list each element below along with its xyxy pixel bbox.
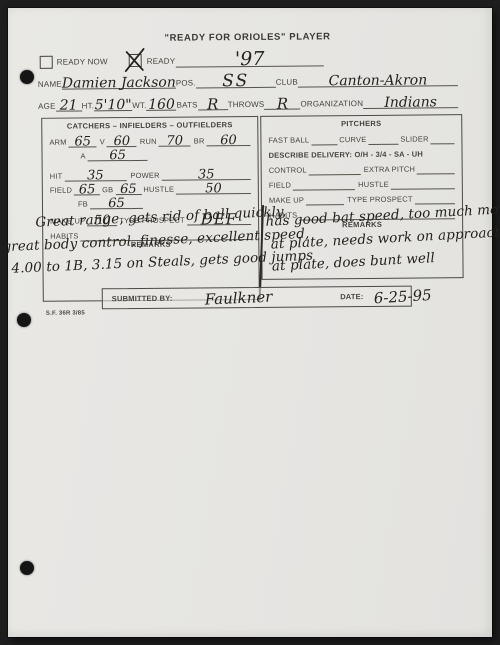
pitcher-field-value-line — [293, 176, 355, 191]
name-row: NAME Damien Jackson POS. SS CLUB Canton-… — [38, 68, 458, 90]
v-label: V — [100, 137, 105, 147]
v-value-line: 60 — [107, 133, 137, 147]
fielders-box-title: CATCHERS – INFIELDERS – OUTFIELDERS — [42, 120, 257, 131]
gb-label: GB — [102, 185, 113, 195]
hustle-value: 50 — [205, 184, 222, 193]
ready-year-line: '97 — [176, 43, 324, 67]
a-label: A — [81, 151, 86, 161]
ready-year-value: '97 — [235, 53, 265, 66]
pitchers-box-title: PITCHERS — [261, 118, 461, 129]
name-value: Damien Jackson — [62, 78, 176, 89]
organization-value: Indians — [384, 97, 437, 107]
a-value: 65 — [109, 151, 126, 160]
pitchers-row-control: CONTROL EXTRA PITCH — [269, 161, 455, 176]
date-value: 6-25-95 — [373, 285, 432, 306]
date-label: DATE: — [340, 292, 363, 301]
age-value: 21 — [60, 100, 78, 110]
weight-label: WT. — [132, 101, 146, 111]
run-value-line: 70 — [159, 133, 191, 147]
club-value: Canton-Akron — [329, 75, 428, 86]
organization-value-line: Indians — [363, 89, 458, 109]
fielders-row-arm: ARM 65 V 60 RUN 70 BR 60 — [49, 133, 250, 148]
pitcher-field-label: FIELD — [269, 181, 291, 191]
br-label: BR — [194, 136, 205, 146]
age-row: AGE 21 HT. 5'10" WT. 160 BATS R THROWS R… — [38, 90, 458, 112]
bats-value: R — [207, 99, 218, 109]
hit-value-line: 35 — [64, 167, 126, 182]
ready-now-checkbox — [40, 56, 53, 69]
power-label: POWER — [130, 171, 159, 181]
age-value-line: 21 — [55, 92, 81, 111]
fastball-value-line — [311, 131, 337, 145]
name-value-line: Damien Jackson — [62, 70, 176, 90]
fielders-row-field: FIELD 65 GB 65 HUSTLE 50 — [50, 181, 251, 196]
hole-punch-middle — [17, 313, 31, 327]
height-label: HT. — [82, 101, 95, 111]
extra-pitch-value-line — [417, 160, 455, 174]
field-value: 65 — [79, 185, 96, 194]
organization-label: ORGANIZATION — [300, 99, 363, 110]
pos-label: POS. — [176, 78, 196, 88]
form-content: "READY FOR ORIOLES" PLAYER READY NOW REA… — [5, 6, 494, 639]
pitcher-makeup-value-line — [306, 191, 344, 205]
scouting-form-page: "READY FOR ORIOLES" PLAYER READY NOW REA… — [8, 8, 492, 637]
extra-pitch-label: EXTRA PITCH — [364, 165, 415, 175]
weight-value: 160 — [148, 100, 175, 110]
pitchers-row-fastball: FAST BALL CURVE SLIDER — [268, 131, 454, 146]
run-label: RUN — [140, 137, 157, 147]
pitchers-remarks-handwriting: has good bat speed, too much movement at… — [265, 199, 498, 278]
form-title: "READY FOR ORIOLES" PLAYER — [5, 30, 489, 45]
delivery-label: DESCRIBE DELIVERY: O/H - 3/4 - SA - UH — [269, 149, 424, 160]
run-value: 70 — [166, 137, 183, 146]
slider-label: SLIDER — [400, 134, 428, 144]
field-value-line: 65 — [74, 181, 100, 195]
pos-value-line: SS — [196, 69, 276, 89]
submitted-by-label: SUBMITTED BY: — [112, 294, 173, 304]
pitchers-row-delivery: DESCRIBE DELIVERY: O/H - 3/4 - SA - UH — [268, 146, 454, 161]
power-value-line: 35 — [162, 166, 251, 181]
weight-value-line: 160 — [146, 92, 176, 111]
fielders-remarks-handwriting: Great range, gets rid of ball quickly, g… — [1, 201, 284, 281]
control-label: CONTROL — [269, 165, 307, 175]
throws-value-line: R — [264, 91, 300, 110]
field-label: FIELD — [50, 186, 72, 196]
arm-label: ARM — [49, 138, 66, 148]
br-value-line: 60 — [207, 132, 251, 146]
hole-punch-bottom — [20, 561, 34, 575]
submitted-strip: SUBMITTED BY: Faulkner DATE: 6-25-95 — [102, 286, 412, 310]
name-label: NAME — [38, 80, 62, 90]
arm-value-line: 65 — [69, 133, 97, 147]
form-code: S.F. 36R 3/85 — [46, 310, 85, 316]
ready-checkbox-x-mark — [120, 45, 150, 73]
height-value: 5'10" — [95, 100, 132, 110]
br-value: 60 — [220, 136, 237, 145]
hit-value: 35 — [87, 171, 104, 180]
age-label: AGE — [38, 102, 56, 112]
fb-label: FB — [78, 199, 88, 209]
hustle-label: HUSTLE — [143, 185, 174, 195]
pitcher-hustle-value-line — [391, 175, 455, 190]
club-label: CLUB — [276, 78, 298, 88]
pos-value: SS — [222, 76, 249, 87]
v-value: 60 — [114, 137, 131, 146]
bats-label: BATS — [177, 100, 198, 110]
curve-value-line — [368, 131, 398, 145]
gb-value: 65 — [120, 185, 137, 194]
fielders-row-a: A 65 — [80, 148, 147, 162]
ready-label: READY — [147, 57, 176, 66]
hit-label: HIT — [50, 172, 63, 182]
curve-label: CURVE — [339, 135, 366, 145]
hole-punch-top — [20, 70, 34, 84]
pitchers-row-field: FIELD HUSTLE — [269, 176, 455, 191]
bats-value-line: R — [198, 91, 228, 110]
height-value-line: 5'10" — [94, 92, 132, 111]
submitted-by-signature: Faulkner — [204, 287, 272, 308]
slider-value-line — [431, 130, 455, 144]
arm-value: 65 — [74, 137, 91, 146]
a-value-line: 65 — [88, 147, 148, 162]
throws-label: THROWS — [228, 100, 265, 110]
fastball-label: FAST BALL — [268, 135, 309, 145]
control-value-line — [309, 161, 361, 175]
club-value-line: Canton-Akron — [298, 67, 458, 87]
throws-value: R — [277, 99, 288, 109]
pitcher-hustle-label: HUSTLE — [358, 180, 389, 190]
hustle-value-line: 50 — [176, 180, 251, 195]
gb-value-line: 65 — [115, 181, 141, 195]
ready-now-label: READY NOW — [57, 57, 108, 66]
power-value: 35 — [198, 170, 215, 179]
